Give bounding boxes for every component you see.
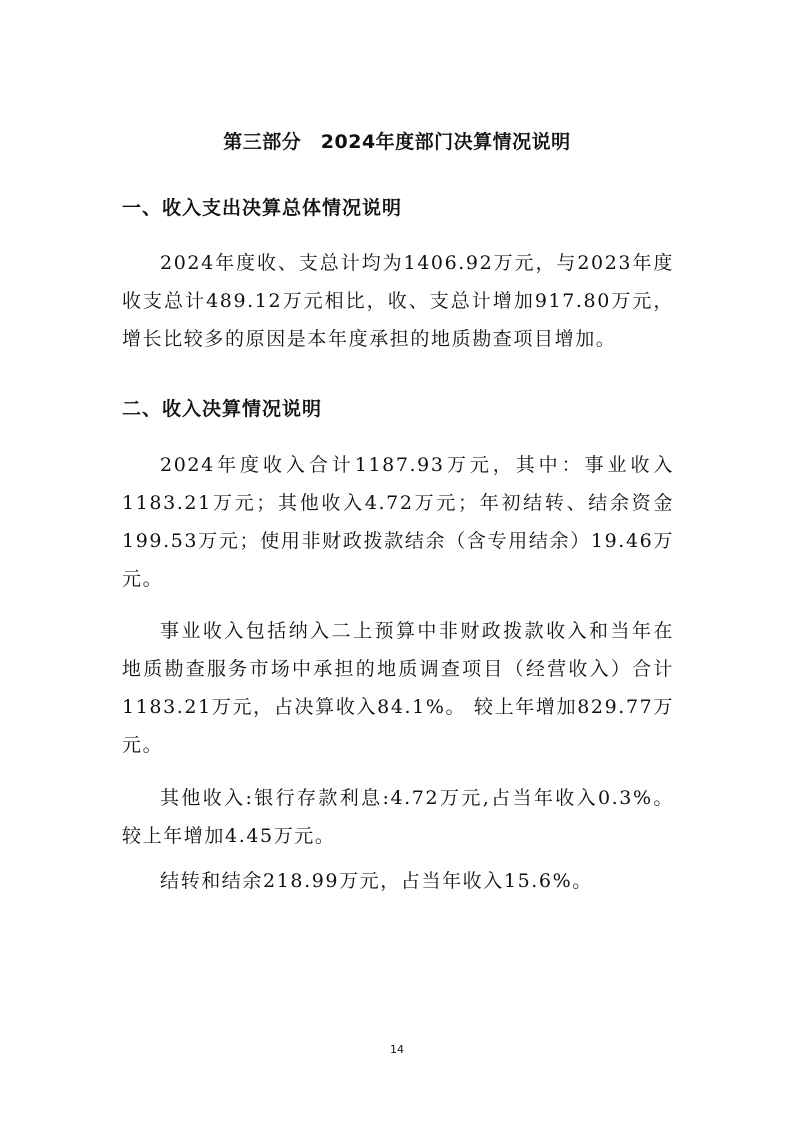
section-heading-1: 一、收入支出决算总体情况说明 — [122, 193, 402, 220]
paragraph-carryover: 结转和结余218.99万元，占当年收入15.6%。 — [122, 862, 674, 900]
paragraph-income-total: 2024年度收入合计1187.93万元，其中：事业收入1183.21万元；其他收… — [122, 446, 674, 598]
paragraph-other-income: 其他收入:银行存款利息:4.72万元,占当年收入0.3%。较上年增加4.45万元… — [122, 779, 674, 855]
page-number: 14 — [0, 1043, 794, 1056]
paragraph-business-income: 事业收入包括纳入二上预算中非财政拨款收入和当年在地质勘查服务市场中承担的地质调查… — [122, 612, 674, 764]
paragraph-total-overview: 2024年度收、支总计均为1406.92万元，与2023年度收支总计489.12… — [122, 244, 674, 358]
section-heading-2: 二、收入决算情况说明 — [122, 394, 322, 421]
page-title: 第三部分 2024年度部门决算情况说明 — [0, 127, 794, 154]
